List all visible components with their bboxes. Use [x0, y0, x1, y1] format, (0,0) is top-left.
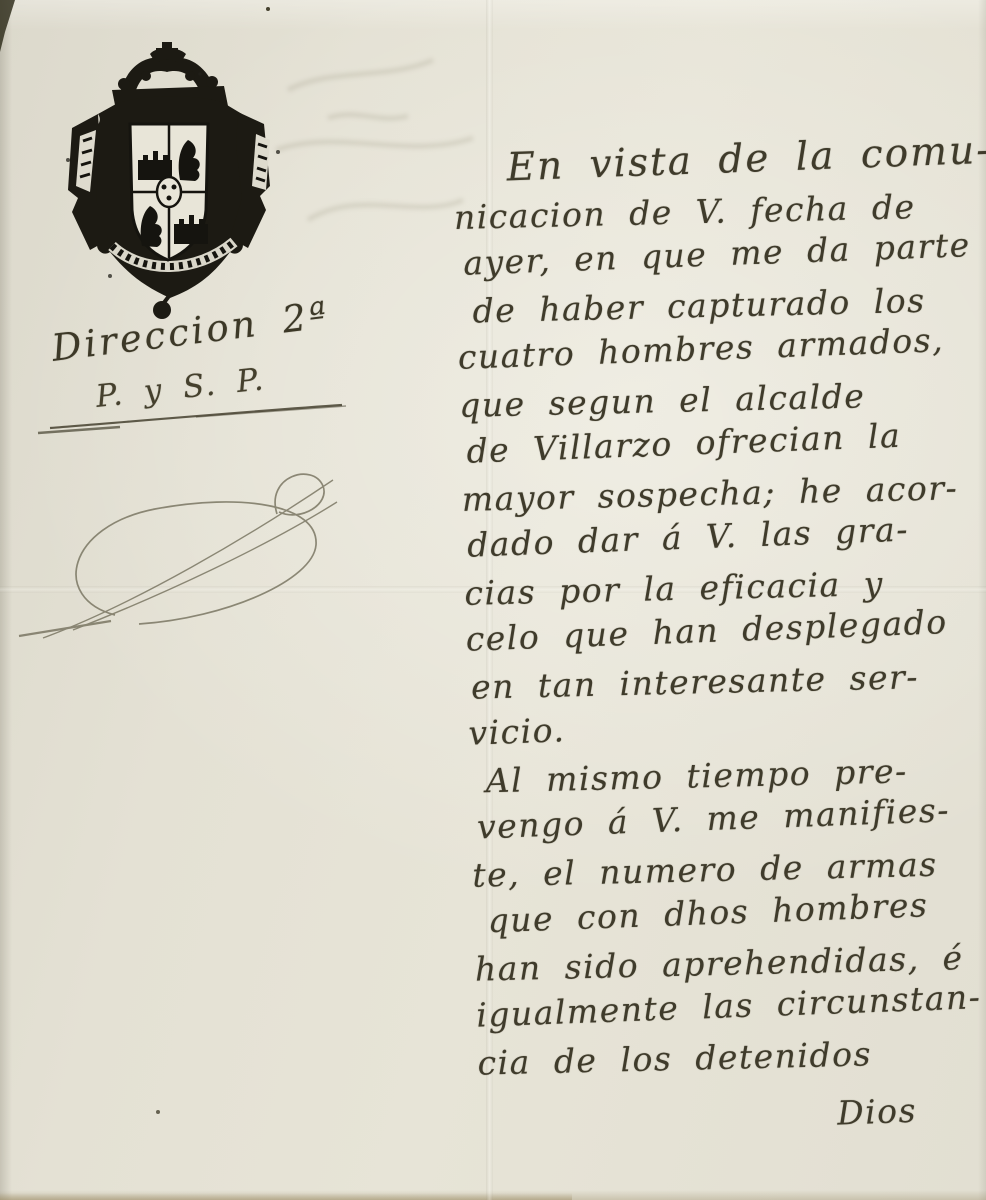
letter-body: En vista de la comu- nicacion de V. fech… — [452, 131, 986, 1147]
scan-edge-smudge — [0, 0, 22, 52]
rubric-flourish-icon — [15, 452, 355, 642]
scan-edge-left — [0, 0, 12, 1200]
ink-spot — [156, 1110, 160, 1114]
letter-line: En vista de la comu- — [506, 127, 986, 192]
ink-spot — [266, 7, 270, 11]
heading-underline — [36, 398, 358, 440]
letter-closing-word: Dios — [836, 1083, 986, 1137]
scanned-letter-page: Direccion 2ª P. y S. P. En vista de la c… — [0, 0, 986, 1200]
coat-of-arms-stamp-icon — [50, 40, 300, 320]
